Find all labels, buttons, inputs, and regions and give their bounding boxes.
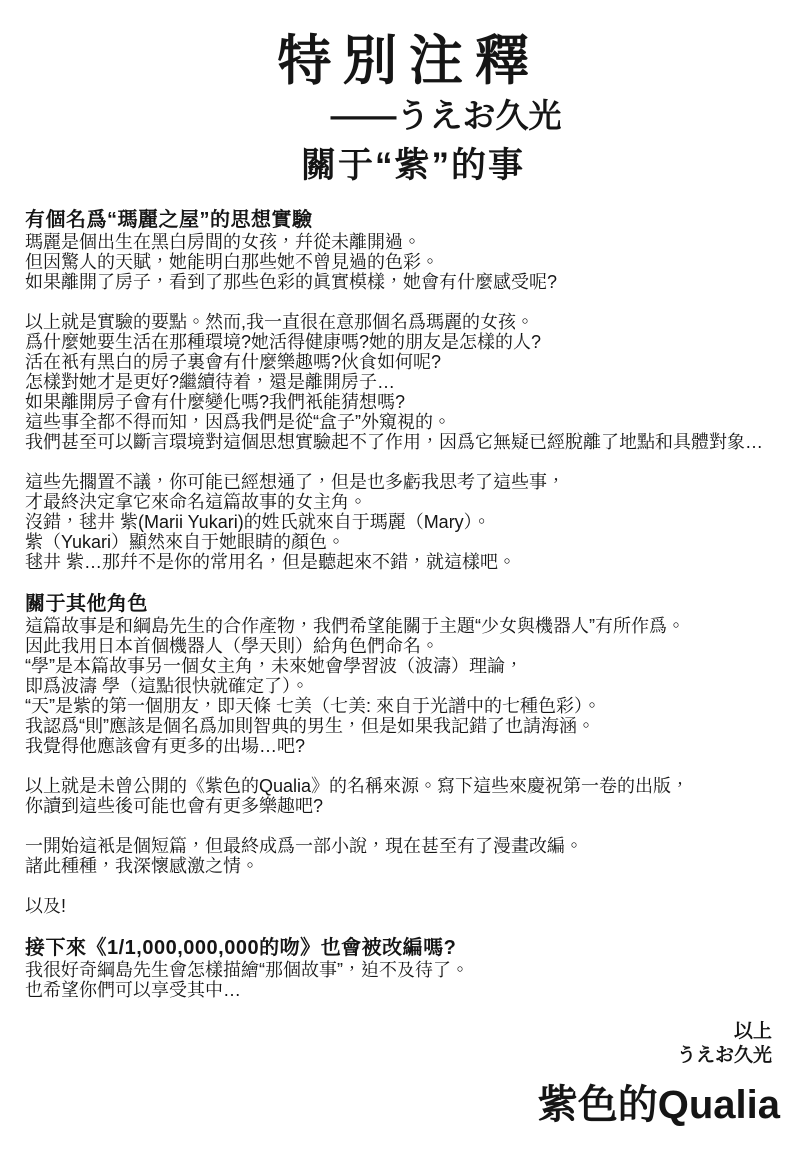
text-line: 因此我用日本首個機器人（學天則）給角色們命名。 xyxy=(25,636,775,656)
page-header: 特別注釋 ——うえお久光 關于“紫”的事 xyxy=(0,0,800,187)
section: 有個名爲“瑪麗之屋”的思想實驗瑪麗是個出生在黑白房間的女孩，幷從未離開過。但因驚… xyxy=(25,208,775,572)
text-line: “學”是本篇故事另一個女主角，未來她會學習波（波濤）理論， xyxy=(25,656,775,676)
text-line: 我很好奇綱島先生會怎樣描繪“那個故事”，迫不及待了。 xyxy=(25,960,775,980)
text-line: 以上就是未曾公開的《紫色的Qualia》的名稱來源。寫下這些來慶祝第一卷的出版， xyxy=(25,776,775,796)
paragraph: 這些先擱置不議，你可能已經想通了，但是也多虧我思考了這些事，才最終決定拿它來命名… xyxy=(25,472,775,572)
section: 關于其他角色這篇故事是和綱島先生的合作產物，我們希望能關于主題“少女與機器人”有… xyxy=(25,592,775,916)
text-line: 爲什麼她要生活在那種環境?她活得健康嗎?她的朋友是怎樣的人? xyxy=(25,332,775,352)
book-title: 紫色的Qualia xyxy=(0,1082,800,1128)
section-heading: 有個名爲“瑪麗之屋”的思想實驗 xyxy=(25,208,775,232)
text-line: 瑪麗是個出生在黑白房間的女孩，幷從未離開過。 xyxy=(25,232,775,252)
text-line: 如果離開了房子，看到了那些色彩的眞實模樣，她會有什麼感受呢? xyxy=(25,272,775,292)
text-line: 以及! xyxy=(25,896,775,916)
paragraph: 以上就是實驗的要點。然而,我一直很在意那個名爲瑪麗的女孩。爲什麼她要生活在那種環… xyxy=(25,312,775,452)
page-title: 特別注釋 xyxy=(0,30,800,92)
text-line: 一開始這衹是個短篇，但最終成爲一部小說，現在甚至有了漫畫改編。 xyxy=(25,836,775,856)
section-heading: 接下來《1/1,000,000,000的吻》也會被改編嗎? xyxy=(25,936,775,960)
paragraph: 這篇故事是和綱島先生的合作產物，我們希望能關于主題“少女與機器人”有所作爲。因此… xyxy=(25,616,775,756)
sign-off-line: 以上 xyxy=(0,1020,772,1044)
section-heading: 關于其他角色 xyxy=(25,592,775,616)
text-line: 我認爲“則”應該是個名爲加則智典的男生，但是如果我記錯了也請海涵。 xyxy=(25,716,775,736)
text-line: 即爲波濤 學（這點很快就確定了）。 xyxy=(25,676,775,696)
text-line: 活在衹有黑白的房子裏會有什麼樂趣嗎?伙食如何呢? xyxy=(25,352,775,372)
sections: 有個名爲“瑪麗之屋”的思想實驗瑪麗是個出生在黑白房間的女孩，幷從未離開過。但因驚… xyxy=(25,208,775,1000)
text-line: 這些事全都不得而知，因爲我們是從“盒子”外窺視的。 xyxy=(25,412,775,432)
paragraph: 以及! xyxy=(25,896,775,916)
text-line: “天”是紫的第一個朋友，即天條 七美（七美: 來自于光譜中的七種色彩）。 xyxy=(25,696,775,716)
text-line: 也希望你們可以享受其中… xyxy=(25,980,775,1000)
text-line: 但因驚人的天賦，她能明白那些她不曾見過的色彩。 xyxy=(25,252,775,272)
text-line: 我們甚至可以斷言環境對這個思想實驗起不了作用，因爲它無疑已經脫離了地點和具體對象… xyxy=(25,432,775,452)
text-line: 怎樣對她才是更好?繼續待着，還是離開房子… xyxy=(25,372,775,392)
afterword-page: 特別注釋 ——うえお久光 關于“紫”的事 有個名爲“瑪麗之屋”的思想實驗瑪麗是個… xyxy=(0,0,800,1170)
text-line: 我覺得他應該會有更多的出場…吧? xyxy=(25,736,775,756)
text-line: 這篇故事是和綱島先生的合作產物，我們希望能關于主題“少女與機器人”有所作爲。 xyxy=(25,616,775,636)
text-line: 以上就是實驗的要點。然而,我一直很在意那個名爲瑪麗的女孩。 xyxy=(25,312,775,332)
subtitle: 關于“紫”的事 xyxy=(0,145,800,187)
paragraph: 我很好奇綱島先生會怎樣描繪“那個故事”，迫不及待了。也希望你們可以享受其中… xyxy=(25,960,775,1000)
text-line: 如果離開房子會有什麼變化嗎?我們衹能猜想嗎? xyxy=(25,392,775,412)
text-line: 諸此種種，我深懷感激之情。 xyxy=(25,856,775,876)
text-line: 你讀到這些後可能也會有更多樂趣吧? xyxy=(25,796,775,816)
paragraph: 以上就是未曾公開的《紫色的Qualia》的名稱來源。寫下這些來慶祝第一卷的出版，… xyxy=(25,776,775,816)
sign-off: 以上 うえお久光 xyxy=(0,1020,800,1068)
paragraph: 一開始這衹是個短篇，但最終成爲一部小說，現在甚至有了漫畫改編。諸此種種，我深懷感… xyxy=(25,836,775,876)
text-line: 毬井 紫…那幷不是你的常用名，但是聽起來不錯，就這樣吧。 xyxy=(25,552,775,572)
text-line: 才最終決定拿它來命名這篇故事的女主角。 xyxy=(25,492,775,512)
text-line: 紫（Yukari）顯然來自于她眼睛的顏色。 xyxy=(25,532,775,552)
author-credit: ——うえお久光 xyxy=(0,96,800,136)
text-line: 沒錯，毬井 紫(Marii Yukari)的姓氏就來自于瑪麗（Mary）。 xyxy=(25,512,775,532)
section: 接下來《1/1,000,000,000的吻》也會被改編嗎?我很好奇綱島先生會怎樣… xyxy=(25,936,775,1000)
paragraph: 瑪麗是個出生在黑白房間的女孩，幷從未離開過。但因驚人的天賦，她能明白那些她不曾見… xyxy=(25,232,775,292)
text-line: 這些先擱置不議，你可能已經想通了，但是也多虧我思考了這些事， xyxy=(25,472,775,492)
sign-off-author: うえお久光 xyxy=(0,1044,772,1068)
